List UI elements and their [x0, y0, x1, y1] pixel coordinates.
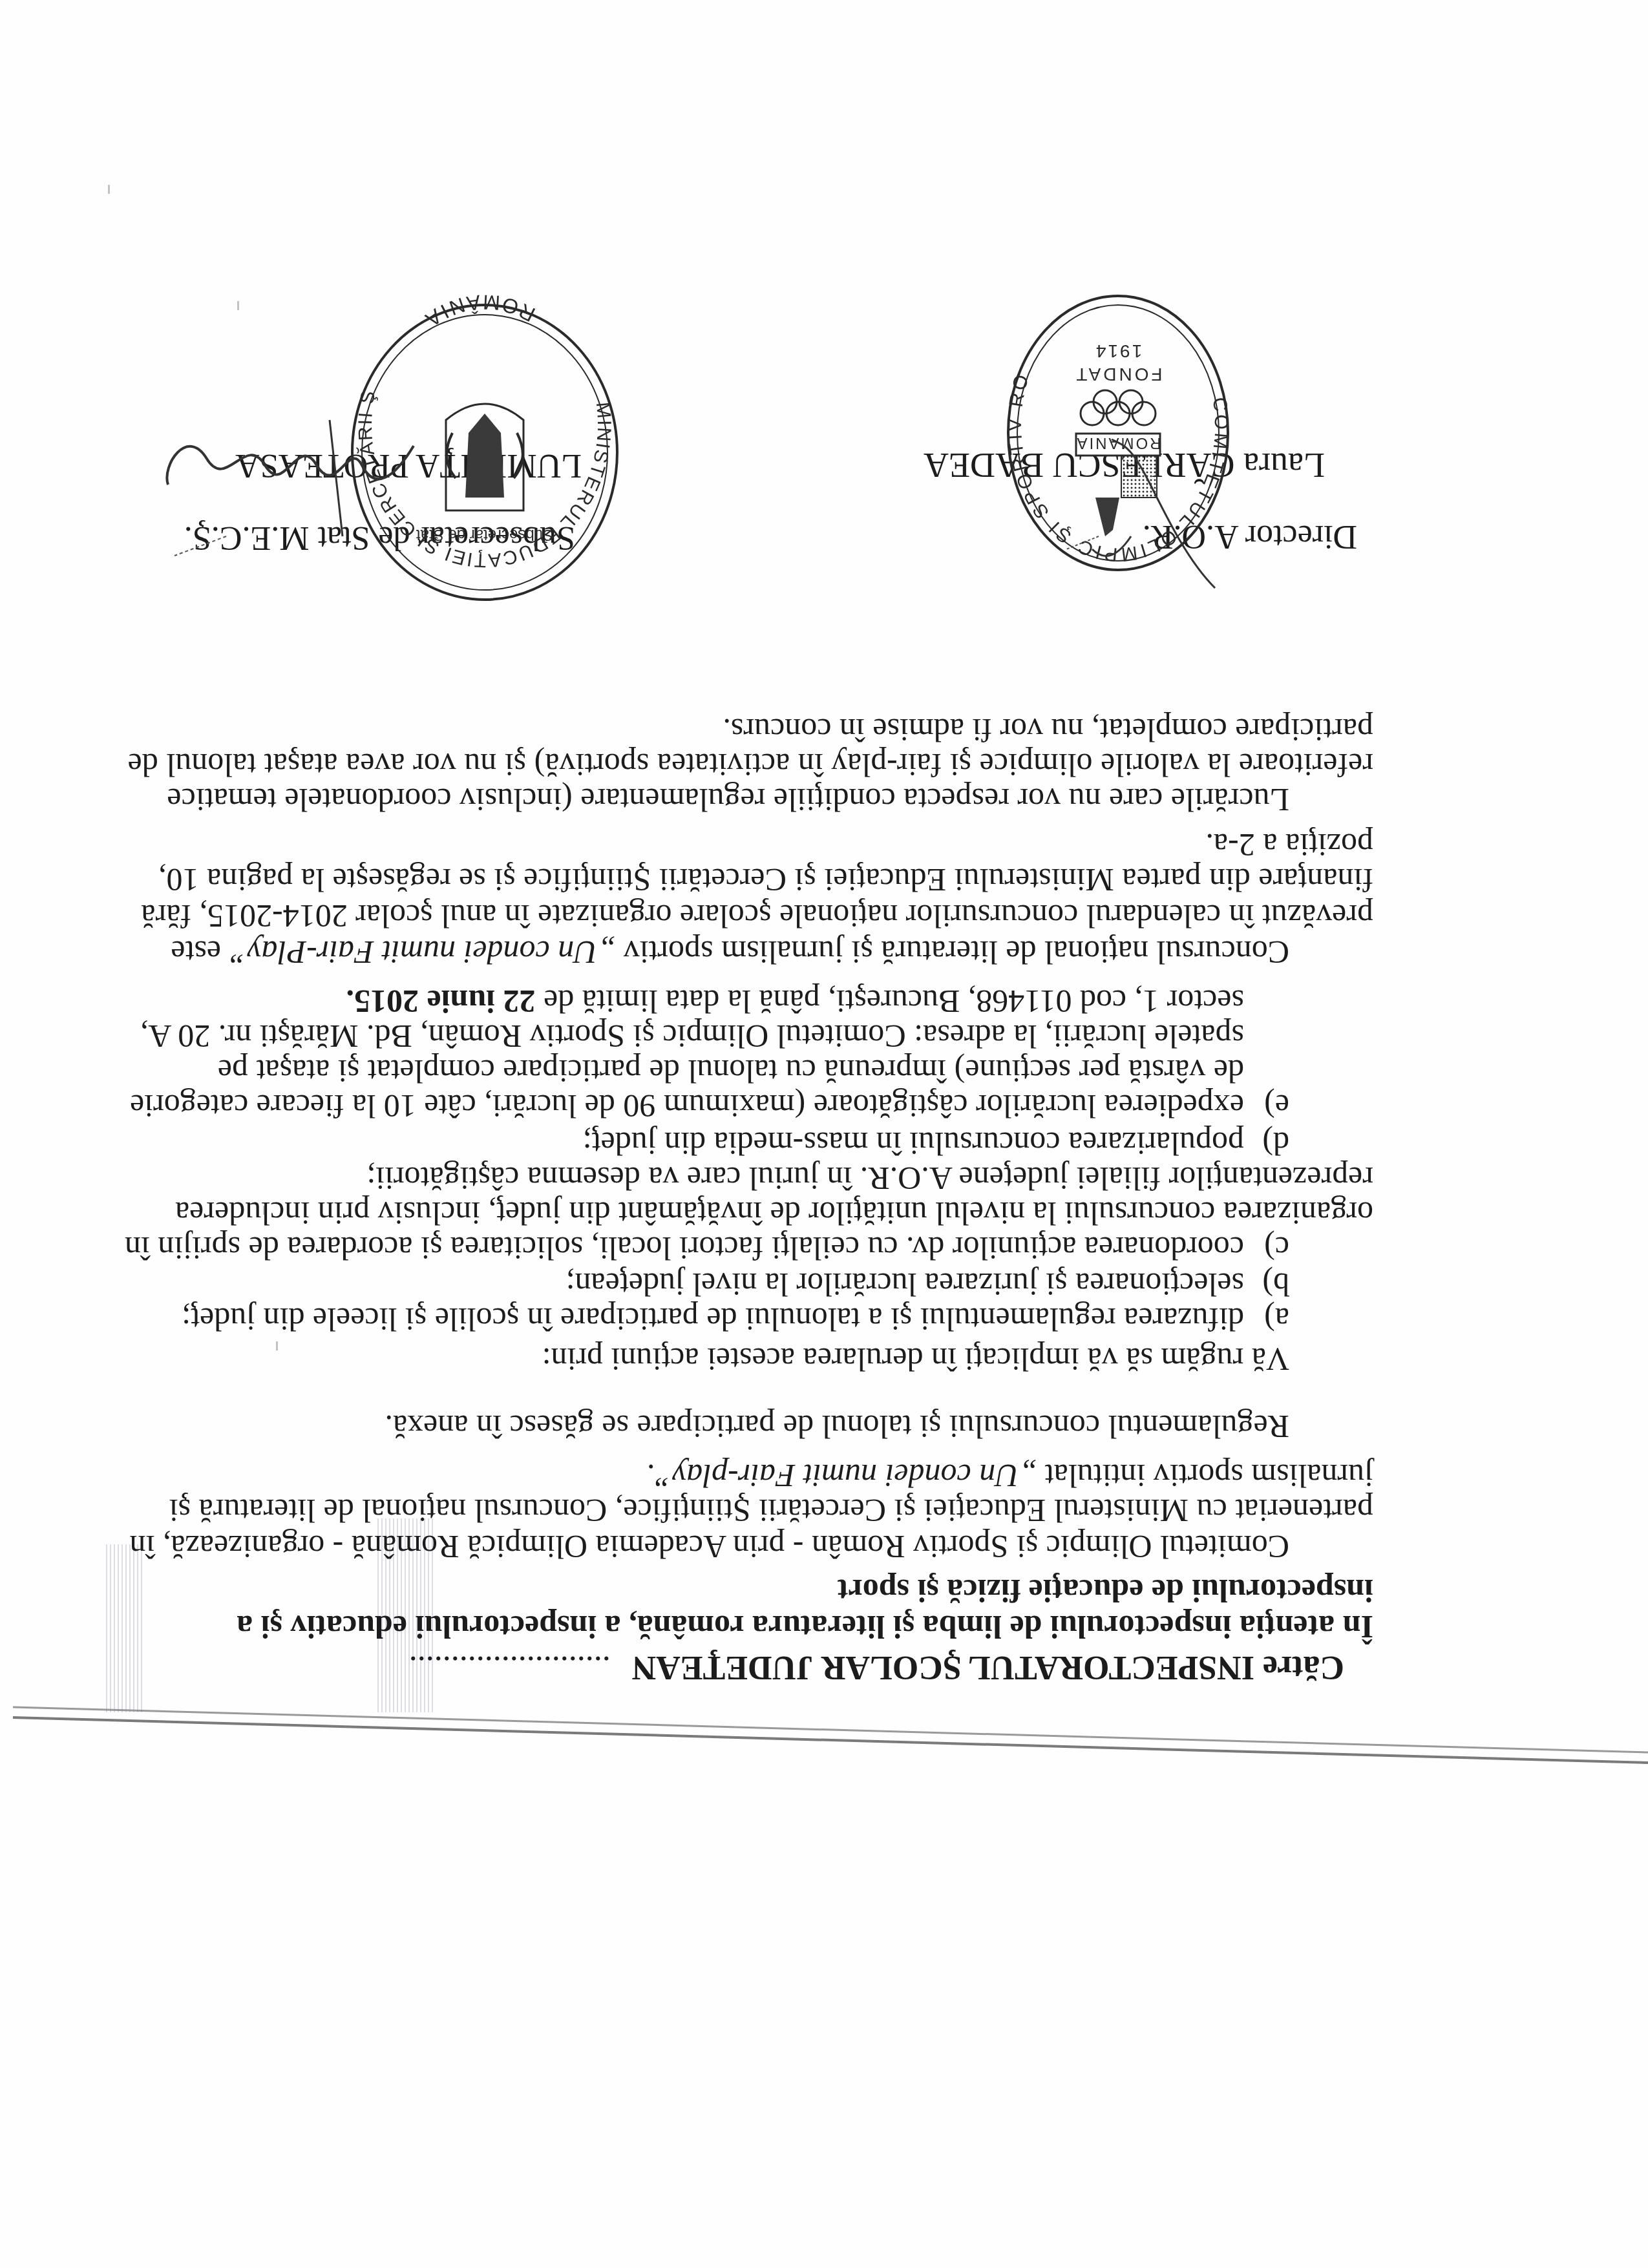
action-e-text-4: sector 1, cod 011468, Bucureşti, până la…	[536, 983, 1244, 1020]
coat-of-arms-icon	[446, 404, 523, 510]
conditions-line-1: Lucrările care nu vor respecta condiţiil…	[275, 782, 1289, 818]
action-c: c)coordonarea acţiunilor dv. cu ceilalţi…	[275, 1230, 1289, 1266]
action-e-line-3: spatele lucrării, la adresa: Comitetul O…	[275, 1018, 1244, 1055]
intro-line-3: jurnalism sportiv intitulat „Un condei n…	[646, 1458, 1373, 1494]
calendar-line-2: prevăzut în calendarul concursurilor naţ…	[275, 898, 1373, 934]
scan-noise	[103, 1544, 142, 1712]
action-e-line-4: sector 1, cod 011468, Bucureşti, până la…	[346, 983, 1244, 1020]
contest-title: „Un condei numit Fair-play”.	[646, 1458, 1037, 1494]
scan-speck	[237, 301, 239, 310]
intro-line-1: Comitetul Olimpic şi Sportiv Român - pri…	[275, 1529, 1373, 1565]
addressee-text: Către INSPECTORATUL ŞCOLAR JUDEŢEAN	[632, 1649, 1344, 1686]
action-b: b)selecţionarea şi jurizarea lucrărilor …	[566, 1266, 1289, 1303]
action-c-label: c)	[1244, 1230, 1289, 1266]
intro-text-3: jurnalism sportiv intitulat	[1037, 1458, 1373, 1494]
action-d: d)popularizarea concursului în mass-medi…	[583, 1126, 1289, 1162]
regulation-paragraph: Regulamentul concursului şi talonul de p…	[385, 1409, 1289, 1445]
signature-left	[1060, 433, 1228, 614]
calendar-text-1: Concursul naţional de literatură şi jurn…	[615, 934, 1289, 971]
action-d-label: d)	[1244, 1126, 1289, 1162]
action-e: e)expedierea lucrărilor câştigătoare (ma…	[275, 1088, 1289, 1124]
svg-text:ROMÂNIA: ROMÂNIA	[418, 290, 538, 333]
coc-stamp-year: 1914	[1094, 341, 1142, 361]
intro-line-2: parteneriat cu Ministerul Educaţiei şi C…	[275, 1493, 1373, 1529]
ministry-stamp-top-text: ROMÂNIA	[418, 290, 538, 333]
action-c-line-3: reprezentanţilor filialei judeţene A.O.R…	[366, 1160, 1373, 1197]
action-d-text: popularizarea concursului în mass-media …	[583, 1126, 1244, 1162]
request-intro: Vă rugăm să vă implicaţi în derularea ac…	[542, 1341, 1289, 1378]
scan-speck	[108, 185, 110, 194]
action-b-text: selecţionarea şi jurizarea lucrărilor la…	[566, 1266, 1244, 1303]
action-a: a)difuzarea regulamentului şi a talonulu…	[182, 1301, 1289, 1338]
addressee-blank: ........................	[409, 1649, 611, 1686]
coc-stamp-founded: FONDAT	[1073, 364, 1162, 384]
olympic-rings-icon	[1081, 390, 1156, 425]
attention-line-1: În atenţia inspectorului de limba şi lit…	[275, 1609, 1373, 1645]
contest-title-2: „Un condei numit Fair-Play”	[229, 934, 616, 971]
calendar-line-4: poziţia a 2-a.	[1205, 827, 1373, 863]
action-c-text-1: coordonarea acţiunilor dv. cu ceilalţi f…	[125, 1230, 1244, 1266]
scan-speck	[276, 1341, 278, 1350]
signature-right	[149, 407, 420, 575]
action-e-label: e)	[1244, 1088, 1289, 1124]
ministry-stamp-inner-text: Subsecretar de Stat	[416, 526, 553, 543]
action-a-label: a)	[1244, 1301, 1289, 1338]
addressee-line: Către INSPECTORATUL ŞCOLAR JUDEŢEAN ....…	[409, 1649, 1344, 1685]
attention-line-2: inspectorului de educaţie fizică şi spor…	[838, 1573, 1373, 1609]
calendar-line-3: finanţare din partea Ministerului Educaţ…	[275, 862, 1373, 898]
scanned-letter-page: Către INSPECTORATUL ŞCOLAR JUDEŢEAN ....…	[0, 0, 1648, 2268]
action-e-text-1: expedierea lucrărilor câştigătoare (maxi…	[130, 1088, 1244, 1124]
calendar-line-1: Concursul naţional de literatură şi jurn…	[275, 934, 1289, 971]
calendar-text-1b: este	[171, 934, 229, 971]
action-b-label: b)	[1244, 1266, 1289, 1303]
conditions-line-3: participare completat, nu vor fi admise …	[723, 712, 1373, 748]
action-c-line-2: organizarea concursului la nivelul unită…	[275, 1195, 1373, 1232]
conditions-line-2: referitoare la valorile olimpice şi fair…	[275, 747, 1373, 783]
action-e-line-2: de vârstă per secţiune) împreună cu talo…	[275, 1053, 1244, 1089]
intro-text-1: Comitetul Olimpic şi Sportiv Român - pri…	[129, 1529, 1289, 1565]
deadline-date: 22 iunie 2015.	[346, 983, 535, 1020]
action-a-text: difuzarea regulamentului şi a talonului …	[182, 1301, 1244, 1338]
